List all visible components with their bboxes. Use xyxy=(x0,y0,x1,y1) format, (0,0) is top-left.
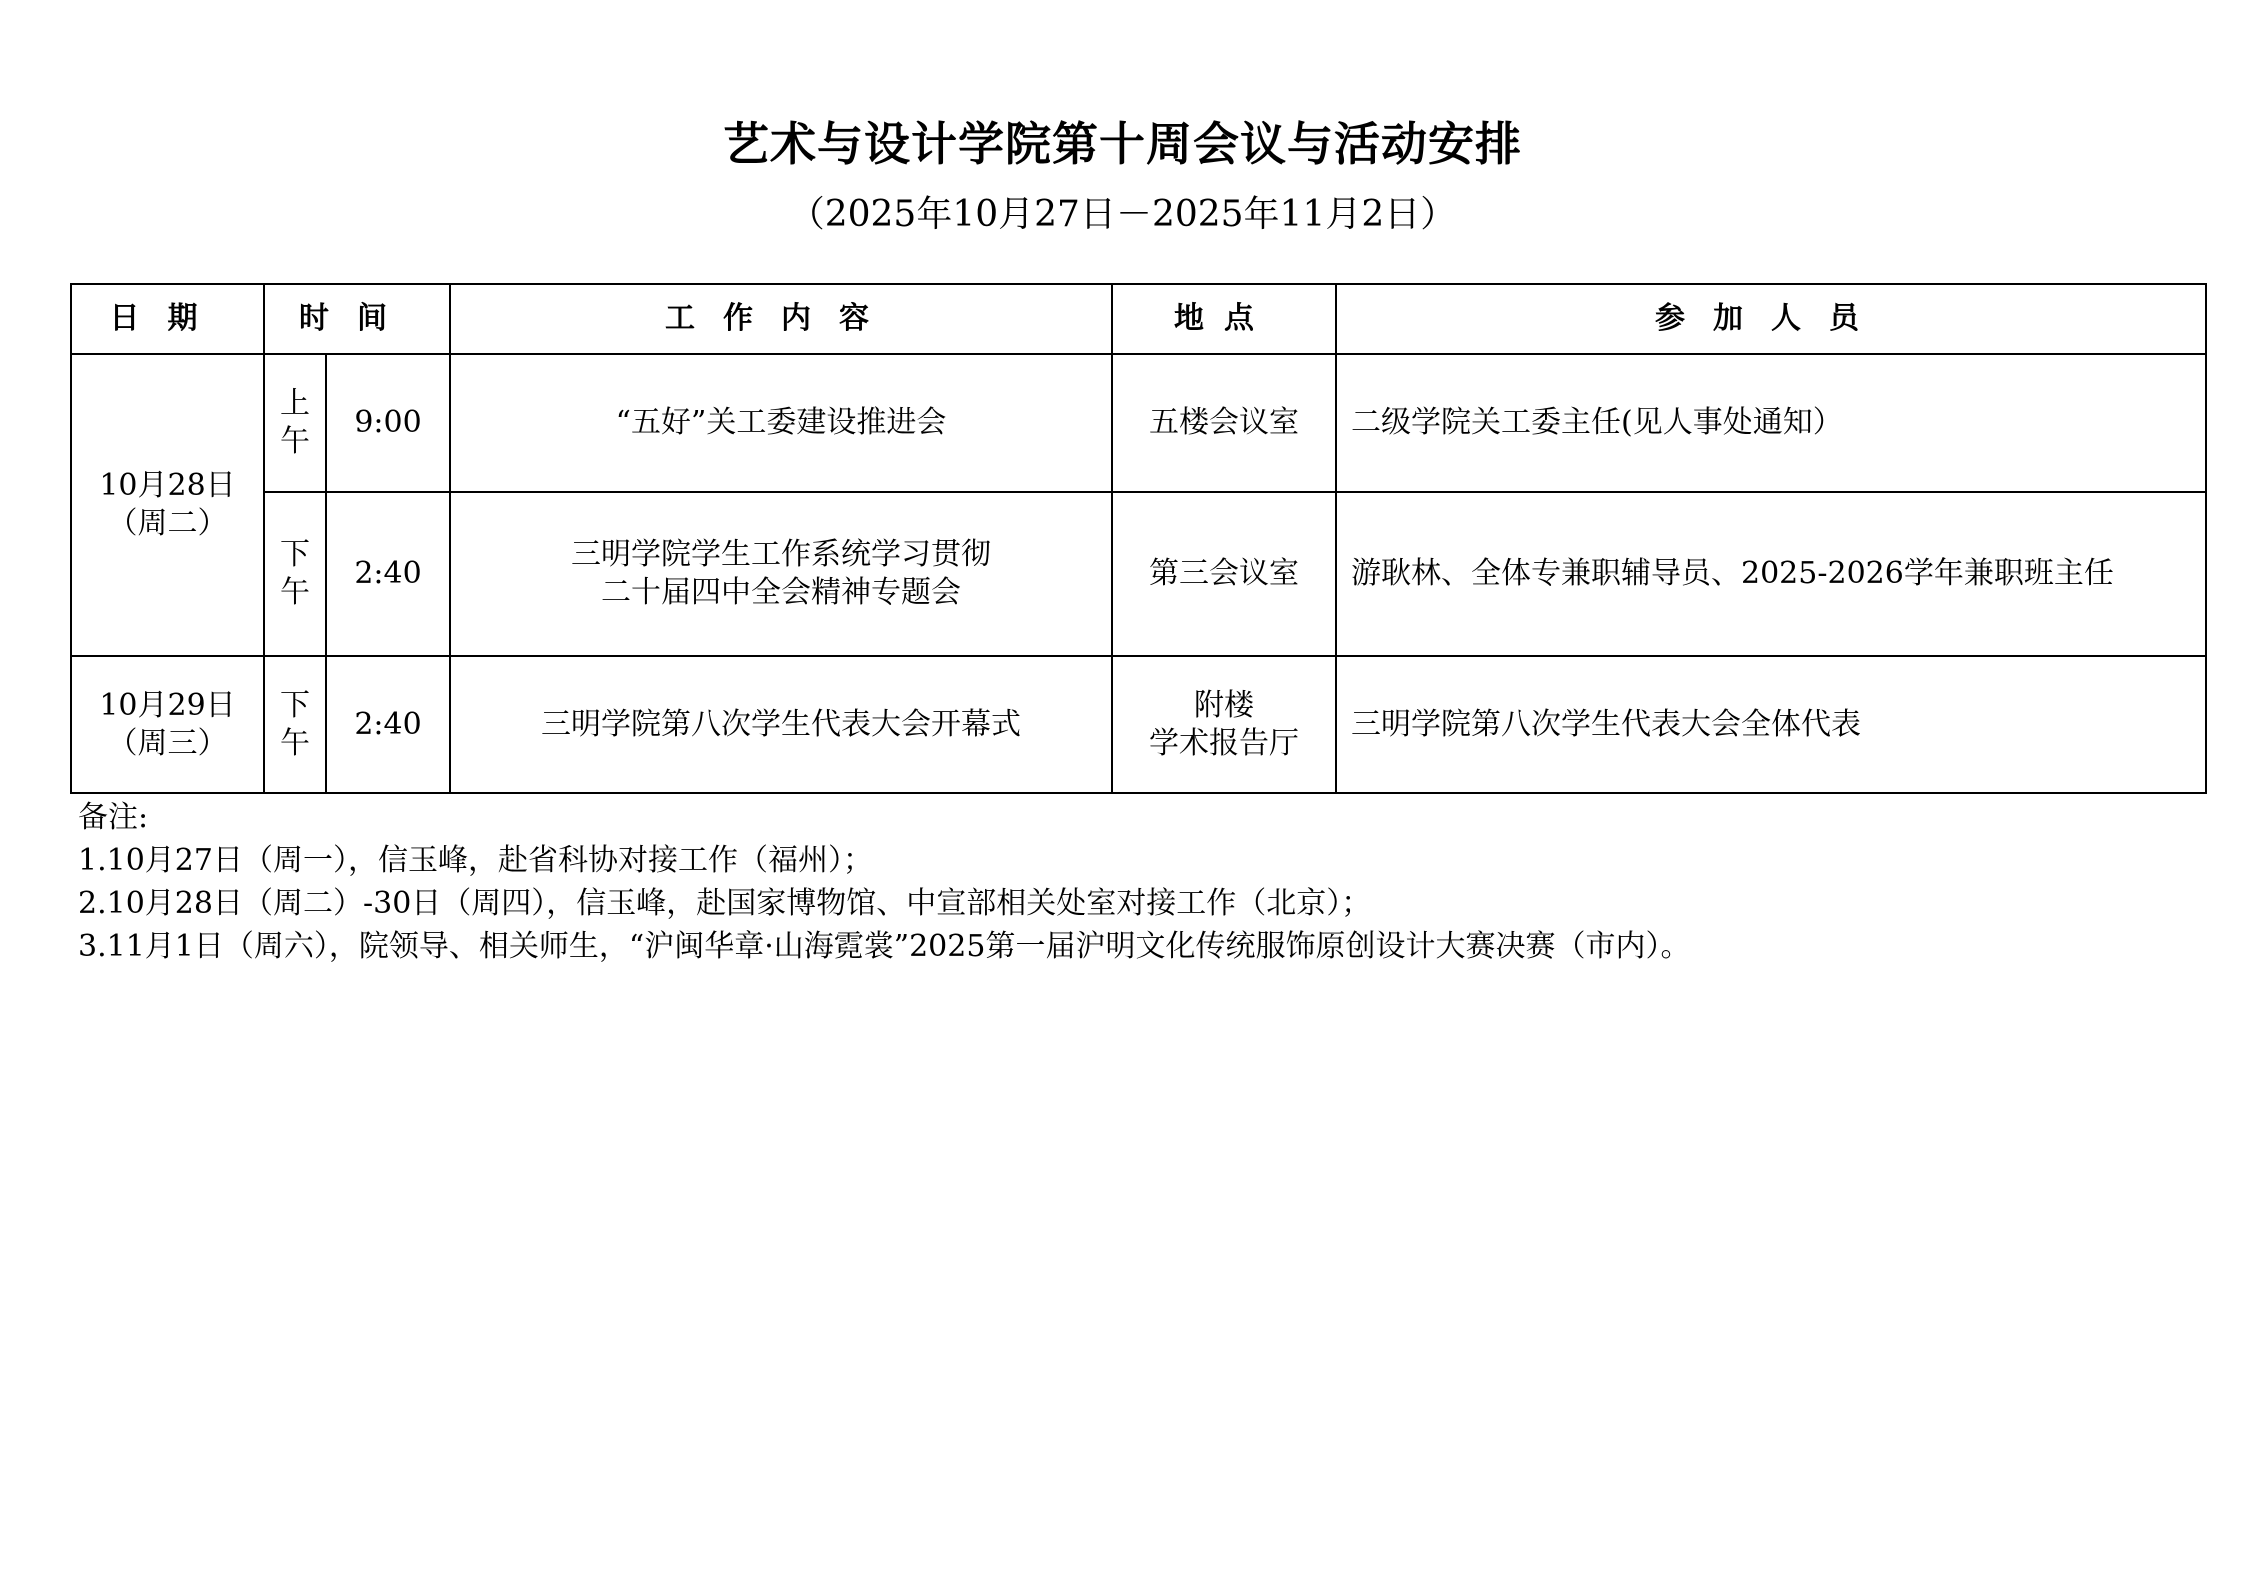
table-row: 10月29日 （周三） 下午 2:40 三明学院第八次学生代表大会开幕式 附楼 … xyxy=(71,656,2206,793)
period-cell: 下午 xyxy=(264,492,326,656)
location-line: 第三会议室 xyxy=(1113,555,1335,593)
content-line: 二十届四中全会精神专题会 xyxy=(451,574,1111,612)
location-cell: 五楼会议室 xyxy=(1112,354,1336,492)
page-title: 艺术与设计学院第十周会议与活动安排 xyxy=(0,108,2245,174)
note-item: 1.10月27日（周一），信玉峰，赴省科协对接工作（福州）； xyxy=(78,839,1690,882)
content-line: “五好”关工委建设推进会 xyxy=(451,404,1111,442)
notes-label: 备注: xyxy=(78,796,1690,839)
header-participants: 参加人员 xyxy=(1336,284,2206,354)
participants-cell: 游耿林、全体专兼职辅导员、2025-2026学年兼职班主任 xyxy=(1336,492,2206,656)
date-cell: 10月28日 （周二） xyxy=(71,354,264,656)
location-line: 学术报告厅 xyxy=(1113,725,1335,763)
time-cell: 9:00 xyxy=(326,354,450,492)
period-text: 下午 xyxy=(280,687,310,763)
table-row: 10月28日 （周二） 上午 9:00 “五好”关工委建设推进会 五楼会议室 二… xyxy=(71,354,2206,492)
header-time: 时间 xyxy=(264,284,450,354)
location-cell: 附楼 学术报告厅 xyxy=(1112,656,1336,793)
location-line: 附楼 xyxy=(1113,687,1335,725)
period-text: 上午 xyxy=(280,385,310,461)
date-cell: 10月29日 （周三） xyxy=(71,656,264,793)
participants-cell: 二级学院关工委主任(见人事处通知） xyxy=(1336,354,2206,492)
period-cell: 上午 xyxy=(264,354,326,492)
header-date: 日期 xyxy=(71,284,264,354)
header-location: 地点 xyxy=(1112,284,1336,354)
date-text: 10月29日 xyxy=(72,687,263,725)
content-line: 三明学院第八次学生代表大会开幕式 xyxy=(451,706,1111,744)
content-cell: 三明学院第八次学生代表大会开幕式 xyxy=(450,656,1112,793)
content-line: 三明学院学生工作系统学习贯彻 xyxy=(451,536,1111,574)
notes-section: 备注: 1.10月27日（周一），信玉峰，赴省科协对接工作（福州）； 2.10月… xyxy=(78,796,1690,968)
location-cell: 第三会议室 xyxy=(1112,492,1336,656)
time-cell: 2:40 xyxy=(326,492,450,656)
note-item: 2.10月28日（周二）-30日（周四），信玉峰，赴国家博物馆、中宣部相关处室对… xyxy=(78,882,1690,925)
period-text: 下午 xyxy=(280,536,310,612)
weekday-text: （周二） xyxy=(72,505,263,543)
date-range-subtitle: （2025年10月27日－2025年11月2日） xyxy=(0,186,2245,237)
participants-cell: 三明学院第八次学生代表大会全体代表 xyxy=(1336,656,2206,793)
location-line: 五楼会议室 xyxy=(1113,404,1335,442)
schedule-table: 日期 时间 工作内容 地点 参加人员 10月28日 （周二） 上午 9:00 “… xyxy=(70,283,2207,794)
time-cell: 2:40 xyxy=(326,656,450,793)
header-row: 日期 时间 工作内容 地点 参加人员 xyxy=(71,284,2206,354)
note-item: 3.11月1日（周六），院领导、相关师生，“沪闽华章·山海霓裳”2025第一届沪… xyxy=(78,925,1690,968)
weekday-text: （周三） xyxy=(72,725,263,763)
content-cell: 三明学院学生工作系统学习贯彻 二十届四中全会精神专题会 xyxy=(450,492,1112,656)
table-row: 下午 2:40 三明学院学生工作系统学习贯彻 二十届四中全会精神专题会 第三会议… xyxy=(71,492,2206,656)
date-text: 10月28日 xyxy=(72,467,263,505)
header-content: 工作内容 xyxy=(450,284,1112,354)
period-cell: 下午 xyxy=(264,656,326,793)
content-cell: “五好”关工委建设推进会 xyxy=(450,354,1112,492)
